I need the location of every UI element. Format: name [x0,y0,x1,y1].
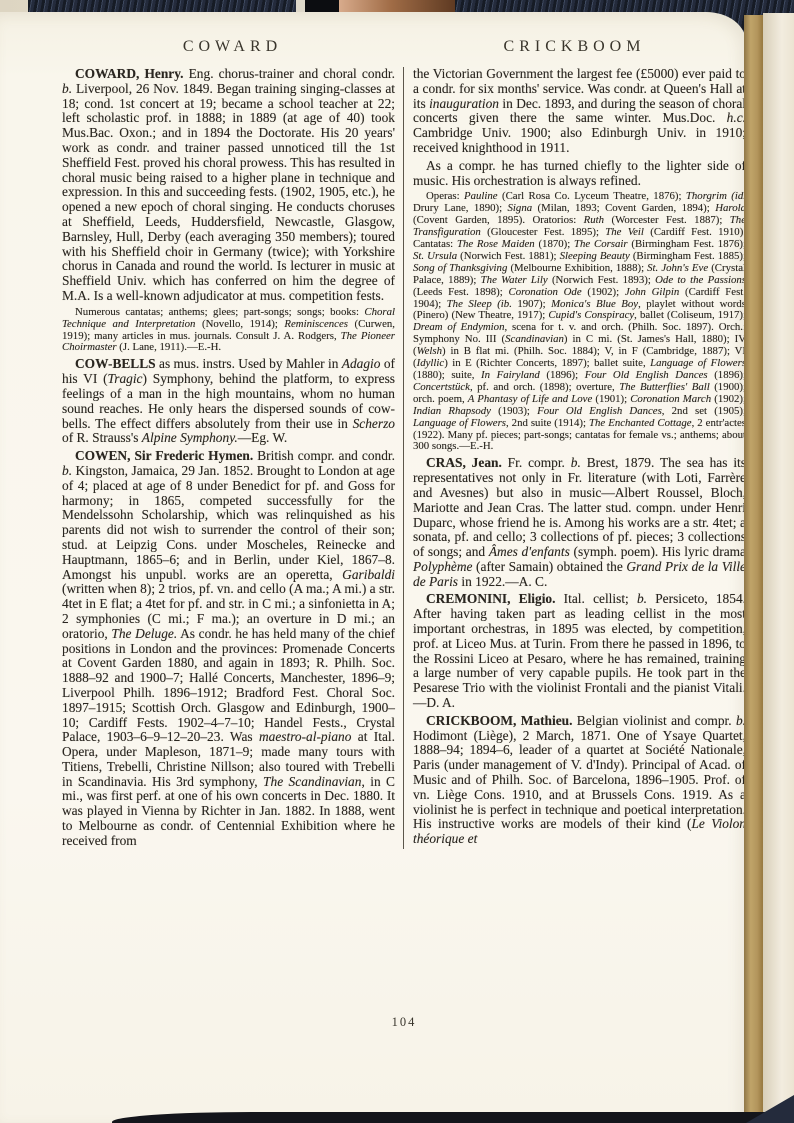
entry-coward: COWARD, Henry. Eng. chorus-trainer and c… [62,67,395,304]
entry-cremonini: CREMONINI, Eligio. Ital. cellist; b. Per… [413,592,746,710]
entry-cowen: COWEN, Sir Frederic Hymen. British compr… [62,449,395,849]
text-columns: COWARD, Henry. Eng. chorus-trainer and c… [62,67,746,849]
running-heads: COWARD CRICKBOOM [62,38,746,56]
entry-coward-works: Numerous cantatas; anthems; glees; part-… [62,307,395,355]
running-head-right: CRICKBOOM [403,38,746,56]
entry-cow-bells: COW-BELLS as mus. instrs. Used by Mahler… [62,357,395,446]
entry-cowen-works: Operas: Pauline (Carl Rosa Co. Lyceum Th… [413,191,746,453]
entry-cowen-continuation: the Victorian Government the largest fee… [413,67,746,156]
book-bottom-shadow [112,1112,794,1123]
entry-cowen-note: As a compr. he has turned chiefly to the… [413,159,746,189]
entry-crickboom: CRICKBOOM, Mathieu. Belgian violinist an… [413,714,746,847]
running-head-left: COWARD [62,38,403,56]
adjacent-page-surface [763,13,794,1123]
entry-cras: CRAS, Jean. Fr. compr. b. Brest, 1879. T… [413,456,746,589]
left-column: COWARD, Henry. Eng. chorus-trainer and c… [62,67,403,849]
page-number: 104 [62,1015,746,1030]
right-column: the Victorian Government the largest fee… [403,67,746,849]
page-edge-stack [744,15,763,1123]
book-photo: { "page": { "left_running_head": "COWARD… [0,0,794,1123]
book-page: COWARD CRICKBOOM COWARD, Henry. Eng. cho… [0,12,746,1123]
